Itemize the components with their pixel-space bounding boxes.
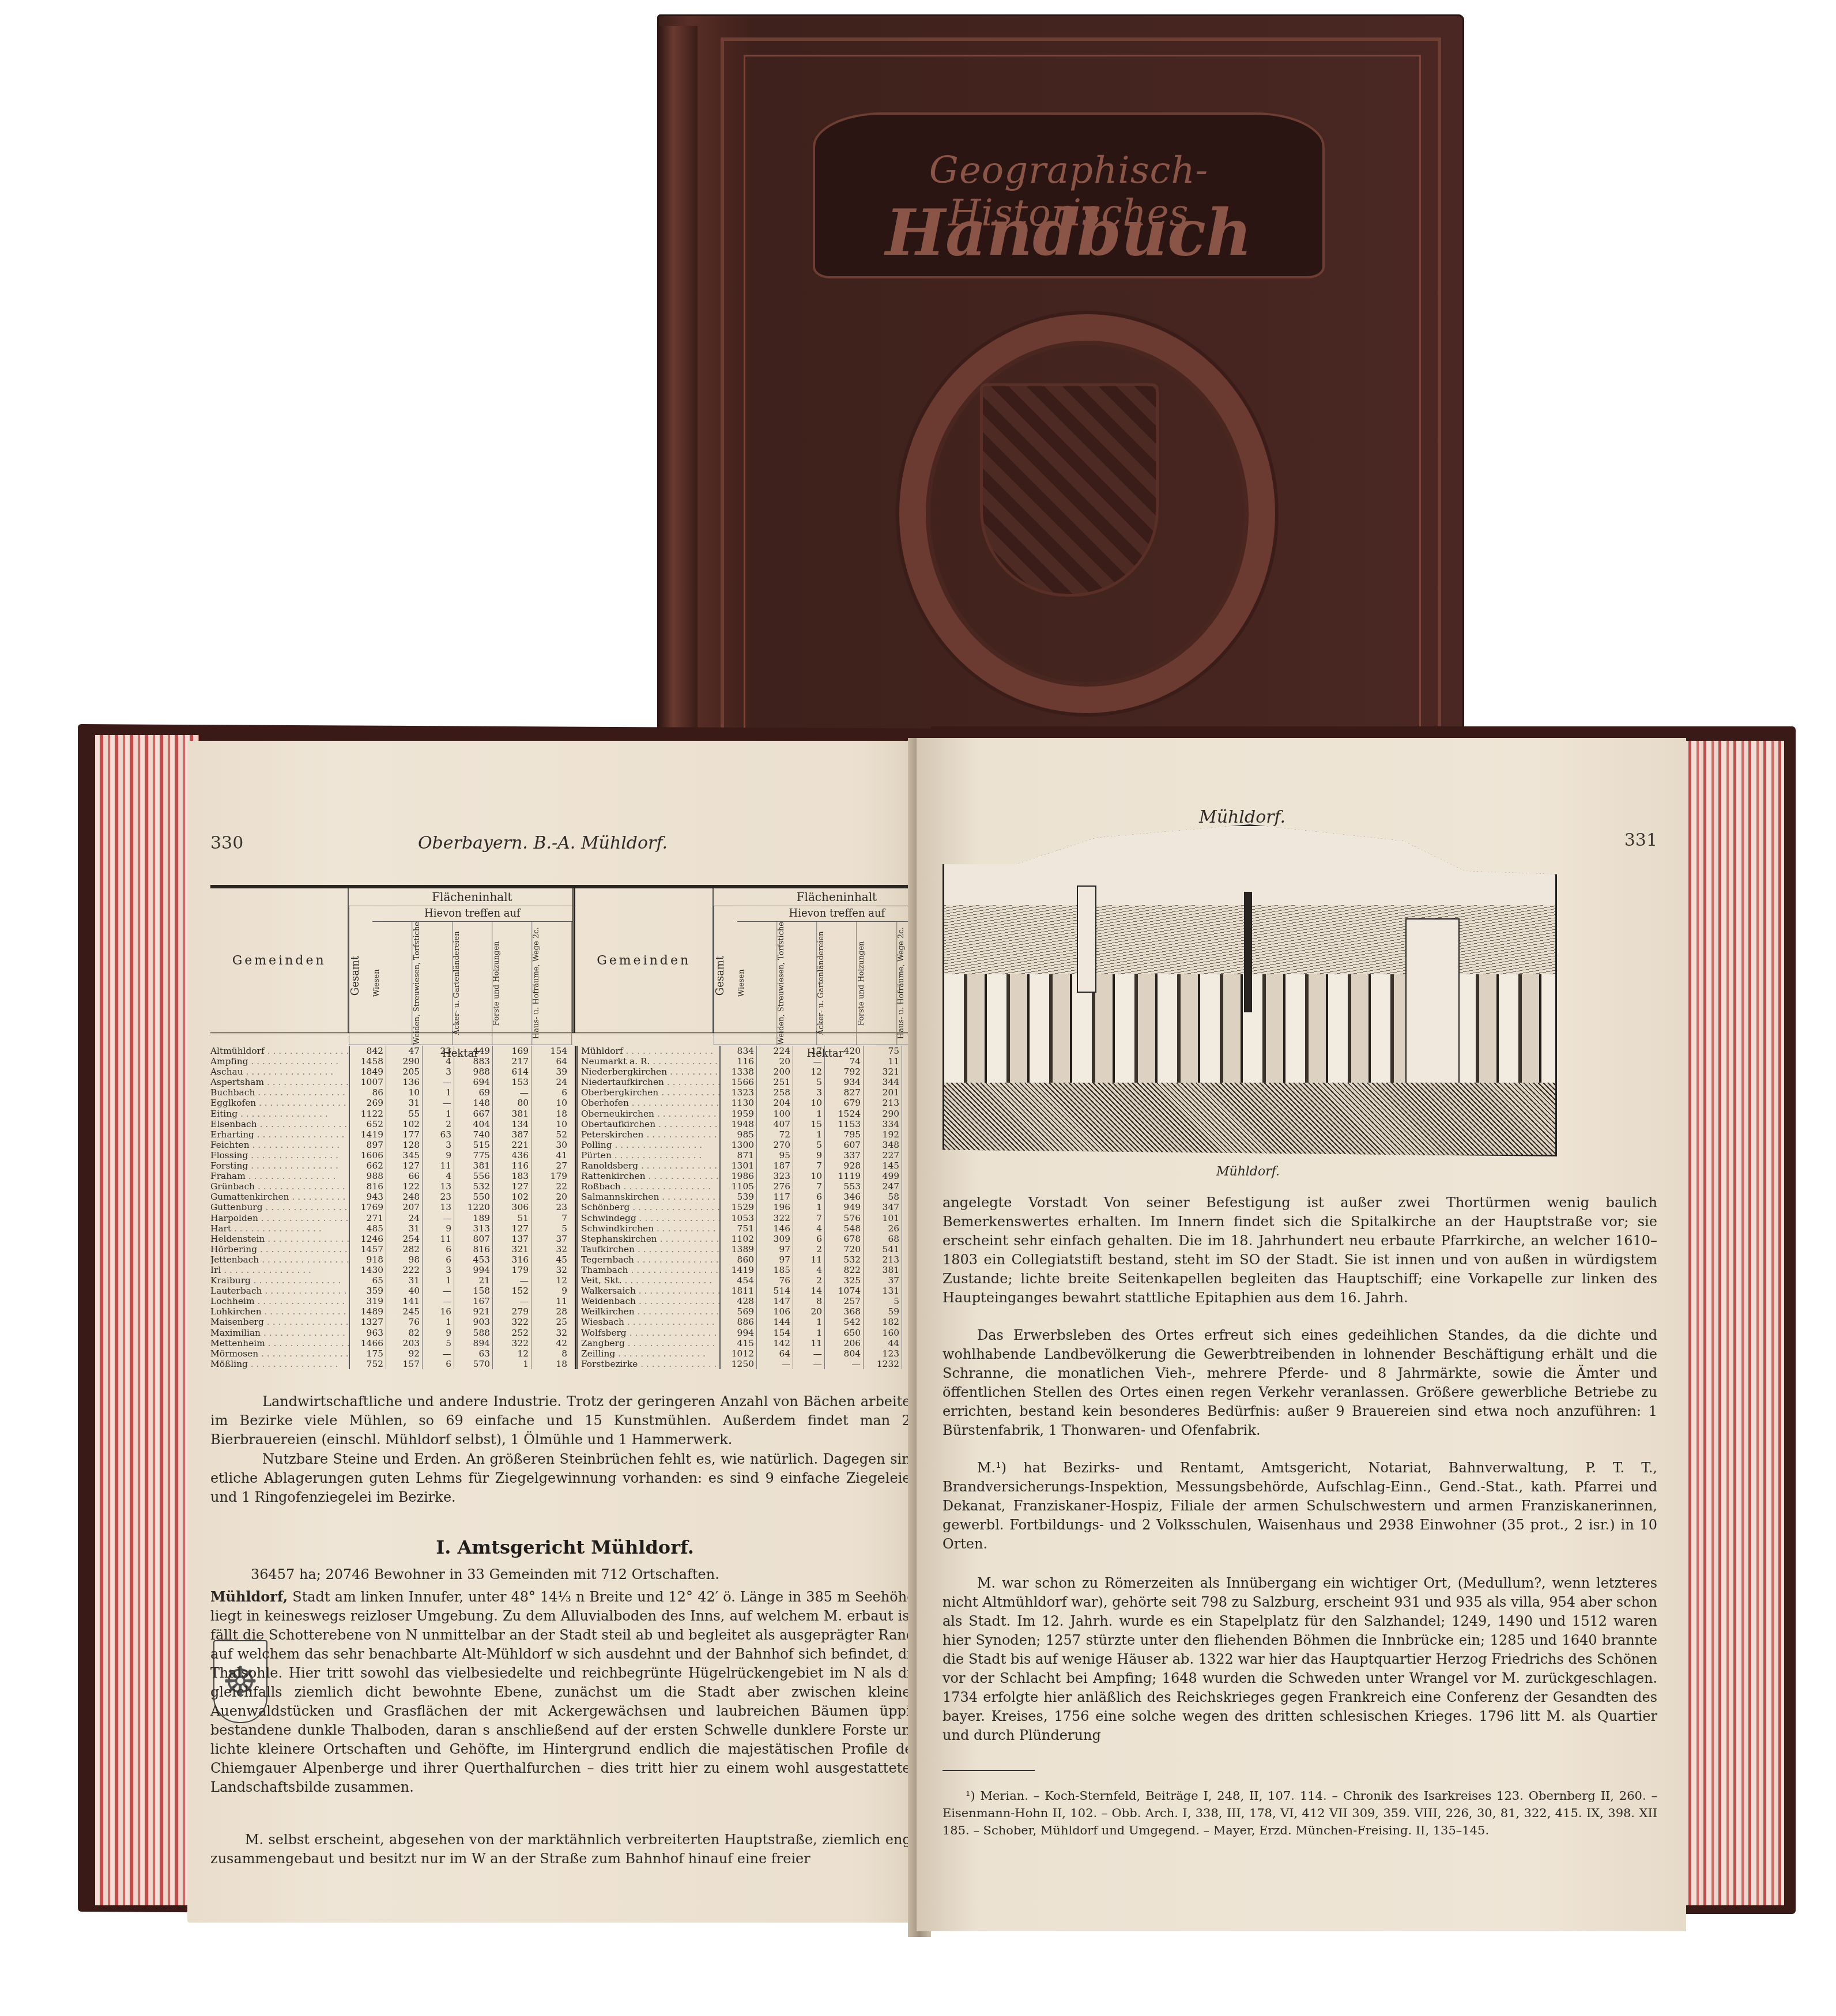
- table-cell: 9: [531, 1286, 570, 1296]
- table-cell: 1986: [721, 1171, 757, 1181]
- table-cell: 816: [454, 1244, 493, 1254]
- table-cell: 183: [493, 1171, 531, 1181]
- table-cell: 64: [531, 1056, 570, 1067]
- bavarian-coat-of-arms-icon: [980, 383, 1159, 597]
- table-cell: 2: [793, 1244, 825, 1254]
- table-cell: 153: [493, 1077, 531, 1087]
- table-cell: 3: [423, 1265, 454, 1275]
- table-row-name: Weilkirchen: [581, 1306, 719, 1317]
- table-row-name: Schönberg: [581, 1202, 719, 1212]
- table-cell: 187: [757, 1160, 793, 1171]
- table-cell: 792: [825, 1067, 864, 1077]
- table-row-name: Irl: [210, 1265, 349, 1275]
- muehldorf-lead: Mühldorf,: [210, 1588, 288, 1605]
- table-row-name: Ampfing: [210, 1056, 349, 1067]
- table-cell: 1566: [721, 1077, 757, 1087]
- table-cell: 30: [531, 1140, 570, 1150]
- table-cell: 63: [454, 1348, 493, 1359]
- table-cell: 51: [493, 1213, 531, 1223]
- table-cell: 44: [864, 1338, 902, 1348]
- table-cell: 381: [493, 1109, 531, 1119]
- table-cell: 270: [757, 1140, 793, 1150]
- table-cell: 614: [493, 1067, 531, 1077]
- table-cell: 407: [757, 1119, 793, 1129]
- table-cell: —: [423, 1098, 454, 1108]
- table-cell: 92: [386, 1348, 423, 1359]
- table-cell: 325: [825, 1275, 864, 1286]
- table-cell: 9: [423, 1150, 454, 1160]
- table-cell: —: [493, 1087, 531, 1098]
- table-cell: 31: [386, 1275, 423, 1286]
- table-cell: 1246: [350, 1234, 386, 1244]
- paragraph-muehldorf-town: M. selbst erscheint, abgesehen von der m…: [210, 1830, 919, 1868]
- header-wiesen: Wiesen: [372, 922, 412, 1045]
- table-cell: 337: [825, 1150, 864, 1160]
- table-row-name: Neumarkt a. R.: [581, 1056, 719, 1067]
- table-cell: 1430: [350, 1265, 386, 1275]
- table-cell: 15: [793, 1119, 825, 1129]
- table-cell: 485: [350, 1223, 386, 1234]
- table-cell: 201: [864, 1087, 902, 1098]
- table-cell: 247: [864, 1181, 902, 1192]
- table-cell: 17: [793, 1046, 825, 1056]
- table-cell: 254: [386, 1234, 423, 1244]
- table-row-name: Oberneukirchen: [581, 1109, 719, 1119]
- table-cell: 309: [757, 1234, 793, 1244]
- page-edges-left: [95, 735, 199, 1905]
- table-cell: 381: [864, 1265, 902, 1275]
- table-cell: 7: [793, 1213, 825, 1223]
- table-cell: 795: [825, 1129, 864, 1140]
- table-cell: 347: [864, 1202, 902, 1212]
- table-row-name: Polling: [581, 1140, 719, 1150]
- footnote-rule: [942, 1770, 1035, 1771]
- column-group-flaecheninhalt: Flächeninhalt Gesamt Hievon treffen auf …: [349, 888, 575, 1033]
- table-cell: 76: [757, 1275, 793, 1286]
- table-cell: 205: [386, 1067, 423, 1077]
- table-cell: 137: [493, 1234, 531, 1244]
- table-cell: 13: [423, 1181, 454, 1192]
- table-cell: 269: [350, 1098, 386, 1108]
- table-row-name: Taufkirchen: [581, 1244, 719, 1254]
- header-forste: Forste und Holzungen: [492, 922, 532, 1045]
- table-cell: 185: [757, 1265, 793, 1275]
- table-cell: 1153: [825, 1119, 864, 1129]
- table-cell: 207: [386, 1202, 423, 1212]
- table-cell: 1: [423, 1109, 454, 1119]
- table-row-name: Wiesbach: [581, 1317, 719, 1327]
- header-weiden: Weiden, Streuwiesen, Torfstiche: [413, 922, 453, 1045]
- table-cell: 6: [423, 1254, 454, 1265]
- table-cell: 102: [386, 1119, 423, 1129]
- table-cell: 12: [493, 1348, 531, 1359]
- table-cell: 5: [531, 1223, 570, 1234]
- table-cell: 10: [793, 1171, 825, 1181]
- header-hausraeume: Haus- u. Hofräume, Wege 2c.: [532, 922, 572, 1045]
- table-cell: 147: [757, 1296, 793, 1306]
- table-row-name: Buchbach: [210, 1087, 349, 1098]
- table-cell: 662: [350, 1160, 386, 1171]
- table-cell: 894: [454, 1338, 493, 1348]
- table-cell: 10: [386, 1087, 423, 1098]
- table-cell: 886: [721, 1317, 757, 1327]
- table-cell: 694: [454, 1077, 493, 1087]
- cover-title-panel: Geographisch-Historisches Handbuch: [813, 112, 1325, 278]
- table-cell: 903: [454, 1317, 493, 1327]
- table-row: 35940—1581529: [350, 1286, 575, 1296]
- table-cell: 1301: [721, 1160, 757, 1171]
- table-cell: 55: [386, 1109, 423, 1119]
- table-cell: 576: [825, 1213, 864, 1223]
- table-row-name: Mörmosen: [210, 1348, 349, 1359]
- table-cell: 154: [531, 1046, 570, 1056]
- book-spine-edge: [657, 26, 698, 758]
- table-cell: 69: [454, 1087, 493, 1098]
- table-row: 652102240413410: [350, 1119, 575, 1129]
- table-row: 12462541180713737: [350, 1234, 575, 1244]
- table-cell: 2: [793, 1275, 825, 1286]
- table-cell: 18: [531, 1359, 570, 1369]
- paragraph-stones: Nutzbare Steine und Erden. An größeren S…: [210, 1450, 919, 1507]
- table-cell: 290: [864, 1109, 902, 1119]
- table-cell: 37: [531, 1234, 570, 1244]
- table-cell: 252: [493, 1328, 531, 1338]
- table-cell: 32: [531, 1265, 570, 1275]
- table-cell: 436: [493, 1150, 531, 1160]
- header-hievon: Hievon treffen auf: [372, 906, 572, 922]
- table-cell: 1220: [454, 1202, 493, 1212]
- table-cell: 192: [864, 1129, 902, 1140]
- table-cell: 68: [864, 1234, 902, 1244]
- section-stats: 36457 ha; 20746 Bewohner in 33 Gemeinden…: [251, 1565, 919, 1584]
- running-head: Oberbayern. B.-A. Mühldorf.: [418, 833, 668, 853]
- table-cell: 74: [825, 1056, 864, 1067]
- table-row-name: Schwindegg: [581, 1213, 719, 1223]
- table-row-name: Pürten: [581, 1150, 719, 1160]
- table-cell: 10: [531, 1119, 570, 1129]
- header-gesamt: Gesamt: [714, 906, 737, 1045]
- table-cell: 32: [531, 1328, 570, 1338]
- table-cell: 6: [793, 1234, 825, 1244]
- table-row: 96382958825232: [350, 1328, 575, 1338]
- table-row: 176920713122030623: [350, 1202, 575, 1212]
- paragraph-vorstadt: angelegte Vorstadt Von seiner Befestigun…: [942, 1193, 1657, 1307]
- table-cell: —: [493, 1296, 531, 1306]
- table-cell: 145: [864, 1160, 902, 1171]
- table-row-name: Zeilling: [581, 1348, 719, 1359]
- table-cell: 556: [454, 1171, 493, 1181]
- table-row-name: Guttenburg: [210, 1202, 349, 1212]
- table-row: 8424723449169154: [350, 1046, 575, 1056]
- table-cell: 988: [350, 1171, 386, 1181]
- table-cell: 834: [721, 1046, 757, 1056]
- table-cell: 4: [793, 1223, 825, 1234]
- table-cell: 1959: [721, 1109, 757, 1119]
- table-cell: 66: [386, 1171, 423, 1181]
- table-cell: 282: [386, 1244, 423, 1254]
- table-row: 14191776374038752: [350, 1129, 575, 1140]
- right-names-column: MühldorfNeumarkt a. R.NiederbergkirchenN…: [578, 1046, 719, 1369]
- table-cell: 11: [793, 1338, 825, 1348]
- table-cell: 206: [825, 1338, 864, 1348]
- column-header-gemeinden: Gemeinden: [210, 888, 349, 1033]
- table-cell: —: [423, 1077, 454, 1087]
- table-cell: 221: [493, 1140, 531, 1150]
- table-row: 1466203589432242: [350, 1338, 575, 1348]
- table-cell: 167: [454, 1296, 493, 1306]
- table-cell: 9: [423, 1328, 454, 1338]
- table-cell: 31: [386, 1098, 423, 1108]
- table-header: Gemeinden Flächeninhalt Gesamt Hievon tr…: [210, 885, 937, 1034]
- table-cell: 189: [454, 1213, 493, 1223]
- table-cell: 41: [531, 1150, 570, 1160]
- table-cell: 27: [531, 1160, 570, 1171]
- table-cell: 13: [423, 1202, 454, 1212]
- column-group-flaecheninhalt-2: Flächeninhalt Gesamt Hievon treffen auf …: [714, 888, 937, 1033]
- table-row: 1007136—69415324: [350, 1077, 575, 1087]
- table-cell: 279: [493, 1306, 531, 1317]
- table-row: 4853193131275: [350, 1223, 575, 1234]
- closed-book-cover: Geographisch-Historisches Handbuch von: [657, 14, 1464, 758]
- table-cell: 548: [825, 1223, 864, 1234]
- table-cell: 248: [386, 1192, 423, 1202]
- table-row-name: Maisenberg: [210, 1317, 349, 1327]
- table-cell: 1130: [721, 1098, 757, 1108]
- table-cell: 921: [454, 1306, 493, 1317]
- table-row-name: Niedertaufkirchen: [581, 1077, 719, 1087]
- table-cell: 1250: [721, 1359, 757, 1369]
- table-cell: 11: [423, 1160, 454, 1171]
- page-edges-right: [1669, 741, 1784, 1905]
- table-cell: 323: [757, 1171, 793, 1181]
- table-cell: 20: [757, 1056, 793, 1067]
- table-cell: 316: [493, 1254, 531, 1265]
- table-cell: 6: [531, 1087, 570, 1098]
- table-cell: 1: [423, 1317, 454, 1327]
- table-cell: 177: [386, 1129, 423, 1140]
- table-cell: 222: [386, 1265, 423, 1275]
- table-cell: 740: [454, 1129, 493, 1140]
- page-number: 331: [1624, 830, 1657, 850]
- table-cell: 883: [454, 1056, 493, 1067]
- table-row: 319141—167—11: [350, 1296, 575, 1306]
- table-cell: 985: [721, 1129, 757, 1140]
- table-cell: 1: [793, 1202, 825, 1212]
- table-cell: 404: [454, 1119, 493, 1129]
- table-cell: 31: [386, 1223, 423, 1234]
- table-cell: 72: [757, 1129, 793, 1140]
- table-cell: 24: [531, 1077, 570, 1087]
- header-aecker: Äcker- u. Gartenländereien: [453, 922, 492, 1045]
- table-cell: 11: [864, 1056, 902, 1067]
- table-cell: 59: [864, 1306, 902, 1317]
- table-cell: 136: [386, 1077, 423, 1087]
- table-cell: 122: [386, 1181, 423, 1192]
- table-cell: 1007: [350, 1077, 386, 1087]
- table-cell: 12: [531, 1275, 570, 1286]
- table-row-name: Stephanskirchen: [581, 1234, 719, 1244]
- table-cell: 322: [757, 1213, 793, 1223]
- table-cell: 179: [493, 1265, 531, 1275]
- table-cell: 334: [864, 1119, 902, 1129]
- header-aecker: Äcker- u. Gartenländereien: [817, 922, 857, 1045]
- table-cell: 1458: [350, 1056, 386, 1067]
- table-cell: 128: [386, 1140, 423, 1150]
- header-weiden: Weiden, Streuwiesen, Torfstiche: [777, 922, 817, 1045]
- table-cell: 842: [350, 1046, 386, 1056]
- paragraph-geschichte: M. war schon zu Römerzeiten als Innüberg…: [942, 1574, 1657, 1745]
- table-cell: 860: [721, 1254, 757, 1265]
- table-cell: 949: [825, 1202, 864, 1212]
- open-book: 330 Oberbayern. B.-A. Mühldorf. Gemeinde…: [78, 726, 1807, 2012]
- table-cell: 23: [423, 1192, 454, 1202]
- table-cell: 1338: [721, 1067, 757, 1077]
- table-cell: 37: [864, 1275, 902, 1286]
- table-cell: 1: [793, 1109, 825, 1119]
- page-331: Mühldorf. 331 Mühldorf. angelegte Vorsta…: [917, 738, 1686, 1931]
- table-cell: 306: [493, 1202, 531, 1212]
- table-cell: 117: [757, 1192, 793, 1202]
- table-cell: 4: [423, 1056, 454, 1067]
- table-cell: 1419: [350, 1129, 386, 1140]
- table-cell: 64: [757, 1348, 793, 1359]
- table-cell: 1466: [350, 1338, 386, 1348]
- table-cell: 532: [454, 1181, 493, 1192]
- table-row-name: Salmannskirchen: [581, 1192, 719, 1202]
- table-cell: 76: [386, 1317, 423, 1327]
- table-cell: 200: [757, 1067, 793, 1077]
- table-cell: 368: [825, 1306, 864, 1317]
- table-cell: 245: [386, 1306, 423, 1317]
- table-cell: 897: [350, 1140, 386, 1150]
- table-cell: 160: [864, 1328, 902, 1338]
- table-cell: 204: [757, 1098, 793, 1108]
- table-cell: —: [793, 1348, 825, 1359]
- header-flaecheninhalt: Flächeninhalt: [349, 888, 572, 906]
- table-cell: 5: [864, 1296, 902, 1306]
- table-row: 132776190332225: [350, 1317, 575, 1327]
- table-cell: 11: [423, 1234, 454, 1244]
- table-cell: —: [493, 1275, 531, 1286]
- table-cell: 667: [454, 1109, 493, 1119]
- table-cell: 775: [454, 1150, 493, 1160]
- header-flaecheninhalt: Flächeninhalt: [714, 888, 937, 906]
- table-row-name: Mühldorf: [581, 1046, 719, 1056]
- table-row: 7521576570118: [350, 1359, 575, 1369]
- table-row-name: Thambach: [581, 1265, 719, 1275]
- table-cell: 52: [531, 1129, 570, 1140]
- table-cell: 344: [864, 1077, 902, 1087]
- table-cell: 1327: [350, 1317, 386, 1327]
- table-cell: 1489: [350, 1306, 386, 1317]
- table-row: 27124—189517: [350, 1213, 575, 1223]
- table-cell: 532: [825, 1254, 864, 1265]
- table-cell: 1: [423, 1087, 454, 1098]
- table-cell: 106: [757, 1306, 793, 1317]
- table-cell: 82: [386, 1328, 423, 1338]
- table-cell: 257: [825, 1296, 864, 1306]
- table-cell: 1: [793, 1129, 825, 1140]
- table-cell: 822: [825, 1265, 864, 1275]
- table-cell: 541: [864, 1244, 902, 1254]
- table-cell: 80: [493, 1098, 531, 1108]
- table-row-name: Harpolden: [210, 1213, 349, 1223]
- table-cell: 1419: [721, 1265, 757, 1275]
- table-cell: 449: [454, 1046, 493, 1056]
- table-cell: 47: [386, 1046, 423, 1056]
- table-cell: 514: [757, 1286, 793, 1296]
- table-cell: 40: [386, 1286, 423, 1296]
- table-cell: 8: [531, 1348, 570, 1359]
- table-cell: 26: [864, 1223, 902, 1234]
- table-cell: 98: [386, 1254, 423, 1265]
- table-right-half: MühldorfNeumarkt a. R.NiederbergkirchenN…: [578, 1046, 945, 1369]
- table-cell: 3: [423, 1140, 454, 1150]
- table-row: 91898645331645: [350, 1254, 575, 1265]
- table-cell: 123: [864, 1348, 902, 1359]
- table-cell: 2: [423, 1119, 454, 1129]
- table-cell: 515: [454, 1140, 493, 1150]
- table-cell: 182: [864, 1317, 902, 1327]
- table-row-name: Mettenheim: [210, 1338, 349, 1348]
- table-row-name: Schwindkirchen: [581, 1223, 719, 1234]
- table-cell: 1300: [721, 1140, 757, 1150]
- table-cell: 251: [757, 1077, 793, 1087]
- table-row-name: Obertaufkirchen: [581, 1119, 719, 1129]
- table-cell: 346: [825, 1192, 864, 1202]
- table-cell: 158: [454, 1286, 493, 1296]
- table-cell: 1232: [864, 1359, 902, 1369]
- table-row: 6531121—12: [350, 1275, 575, 1286]
- table-cell: 428: [721, 1296, 757, 1306]
- running-head: Mühldorf.: [1199, 807, 1285, 827]
- table-cell: 213: [864, 1254, 902, 1265]
- table-row-name: Heldenstein: [210, 1234, 349, 1244]
- table-cell: 102: [493, 1192, 531, 1202]
- table-cell: 348: [864, 1140, 902, 1150]
- table-cell: 569: [721, 1306, 757, 1317]
- table-body: AltmühldorfAmpfingAschauAspertshamBuchba…: [210, 1046, 937, 1369]
- table-cell: 804: [825, 1348, 864, 1359]
- table-cell: 5: [793, 1077, 825, 1087]
- table-row-name: Ranoldsberg: [581, 1160, 719, 1171]
- table-cell: 679: [825, 1098, 864, 1108]
- table-cell: 12: [793, 1067, 825, 1077]
- table-cell: 1: [793, 1317, 825, 1327]
- table-cell: 752: [350, 1359, 386, 1369]
- table-cell: 807: [454, 1234, 493, 1244]
- table-cell: 5: [423, 1338, 454, 1348]
- table-row: 988664556183179: [350, 1171, 575, 1181]
- muehldorf-intro-text: Stadt am linken Innufer, unter 48° 14⅓ n…: [210, 1589, 919, 1795]
- table-cell: 169: [493, 1046, 531, 1056]
- muehldorf-town-engraving: [942, 824, 1557, 1156]
- table-cell: 1074: [825, 1286, 864, 1296]
- table-cell: 313: [454, 1223, 493, 1234]
- church-tower-icon: [1077, 885, 1096, 993]
- table-row-name: Egglkofen: [210, 1098, 349, 1108]
- table-cell: 345: [386, 1150, 423, 1160]
- table-cell: 11: [531, 1296, 570, 1306]
- table-row-name: Grünbach: [210, 1181, 349, 1192]
- table-row-name: Fraham: [210, 1171, 349, 1181]
- table-cell: —: [423, 1348, 454, 1359]
- table-cell: 258: [757, 1087, 793, 1098]
- table-row-name: Forstbezirke: [581, 1359, 719, 1369]
- paragraph-erwerbsleben: Das Erwerbsleben des Ortes erfreut sich …: [942, 1326, 1657, 1440]
- table-cell: 553: [825, 1181, 864, 1192]
- table-cell: 542: [825, 1317, 864, 1327]
